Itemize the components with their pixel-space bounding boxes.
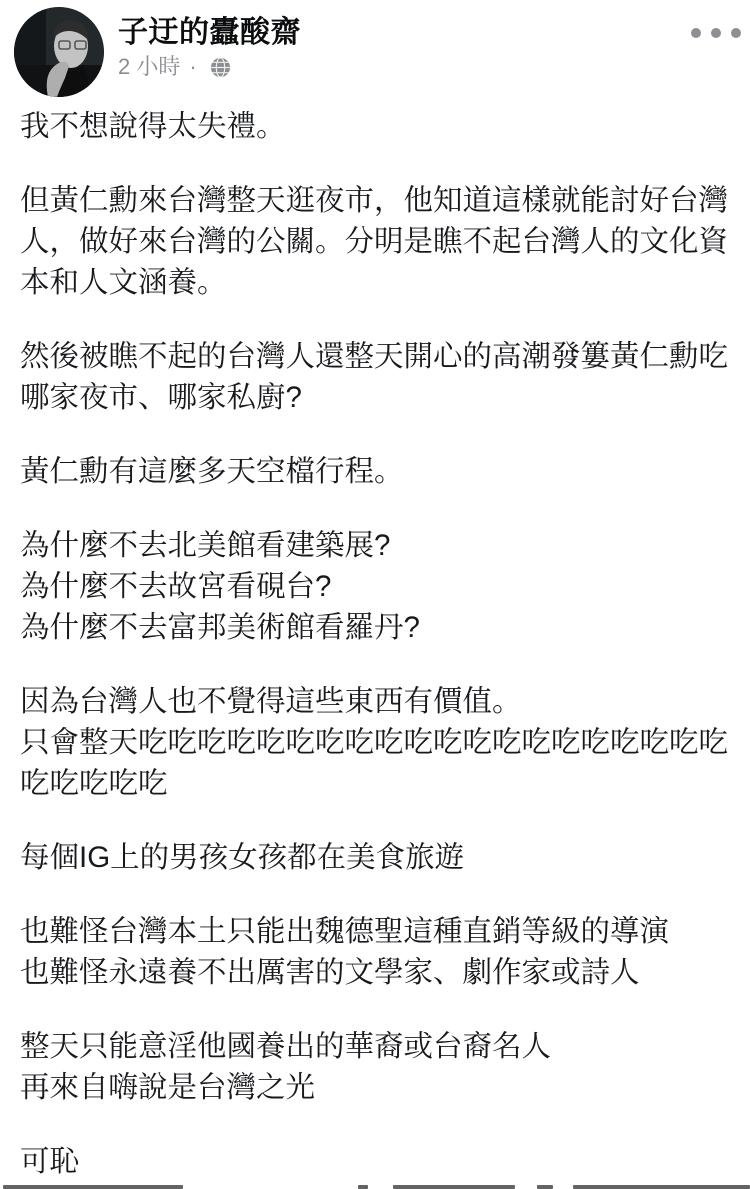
- page-avatar-photo-icon: [14, 84, 104, 97]
- post-paragraph: 我不想說得太失禮。: [20, 106, 730, 147]
- post-paragraph: 但黃仁勳來台灣整天逛夜市，他知道這樣就能討好台灣 人，做好來台灣的公關。分明是瞧…: [20, 180, 730, 303]
- post-paragraph: 每個IG上的男孩女孩都在美食旅遊: [20, 837, 730, 878]
- post-menu-button[interactable]: [686, 22, 746, 44]
- post-paragraph: 然後被瞧不起的台灣人還整天開心的高潮發簍黃仁勳吃 哪家夜市、哪家私廚?: [20, 336, 730, 418]
- post-paragraph: 也難怪台灣本土只能出魏德聖這種直銷等級的導演 也難怪永遠養不出厲害的文學家、劇作…: [20, 911, 730, 993]
- globe-icon: [209, 56, 232, 79]
- facebook-post: 子迂的蠹酸齋 2 小時 · 我不想說得太失禮。 但黃仁勳來台灣整天逛: [0, 0, 750, 1189]
- meta-separator: ·: [189, 53, 196, 81]
- cutoff-next-element: [0, 1183, 750, 1189]
- avatar[interactable]: [14, 7, 104, 97]
- post-content: 我不想說得太失禮。 但黃仁勳來台灣整天逛夜市，他知道這樣就能討好台灣 人，做好來…: [0, 106, 750, 1182]
- post-meta: 2 小時 ·: [118, 53, 232, 81]
- post-header: 子迂的蠹酸齋 2 小時 ·: [0, 0, 750, 106]
- post-paragraph: 黃仁勳有這麼多天空檔行程。: [20, 451, 730, 492]
- ellipsis-menu-icon: [691, 28, 741, 38]
- post-paragraph: 整天只能意淫他國養出的華裔或台裔名人 再來自嗨說是台灣之光: [20, 1026, 730, 1108]
- post-paragraph: 因為台灣人也不覺得這些東西有價值。 只會整天吃吃吃吃吃吃吃吃吃吃吃吃吃吃吃吃吃吃…: [20, 681, 730, 804]
- page-name[interactable]: 子迂的蠹酸齋: [118, 14, 301, 52]
- timestamp[interactable]: 2 小時: [118, 53, 180, 81]
- post-paragraph: 為什麼不去北美館看建築展? 為什麼不去故宮看硯台? 為什麼不去富邦美術館看羅丹?: [20, 525, 730, 648]
- post-paragraph: 可恥: [20, 1141, 730, 1182]
